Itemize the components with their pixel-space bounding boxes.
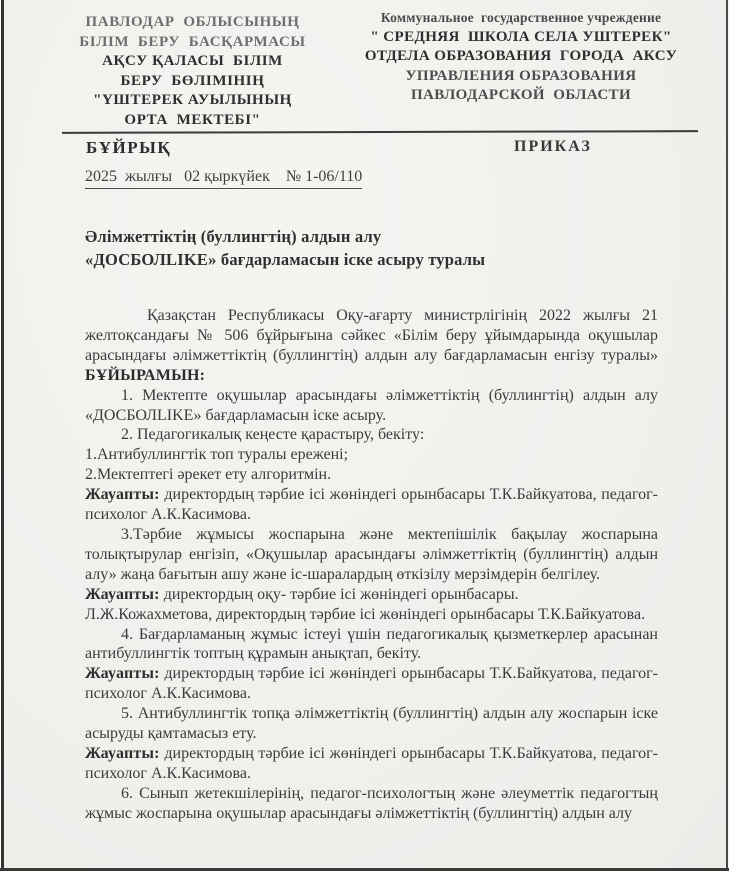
body-paragraph: 1.Антибуллингтік топ туралы ережені; — [85, 445, 658, 465]
body-paragraph: Жауапты: директордың тәрбие ісі жөніндег… — [85, 664, 658, 704]
org-name-line: АҚСУ ҚАЛАСЫ БІЛІМ — [50, 52, 335, 72]
order-subject: Әлімжеттіктің (буллингтің) алдын алу «ДО… — [85, 226, 485, 271]
body-paragraph: Жауапты: директордың тәрбие ісі жөніндег… — [85, 744, 658, 784]
bold-text-run: Жауапты: — [85, 486, 160, 503]
org-name-line: БІЛІМ БЕРУ БАСҚАРМАСЫ — [50, 33, 335, 53]
org-name-line: УПРАВЛЕНИЯ ОБРАЗОВАНИЯ — [335, 67, 707, 87]
doc-type-russian: ПРИКАЗ — [514, 138, 592, 156]
body-paragraph: 5. Антибуллингтік топқа әлімжеттіктің (б… — [85, 704, 658, 744]
text-run: 2.Мектептегі әрекет ету алгоритмін. — [85, 466, 331, 483]
text-run: директордың тәрбие ісі жөніндегі орынбас… — [85, 665, 658, 702]
order-date-number: 2025 жылғы 02 қыркүйек № 1-06/110 — [85, 168, 362, 189]
text-run: 3.Тәрбие жұмысы жоспарына және мектепіші… — [85, 526, 658, 583]
body-paragraph: Қазақстан Республикасы Оқу-ағарту минист… — [85, 306, 658, 386]
text-run: директордың тәрбие ісі жөніндегі орынбас… — [85, 745, 658, 782]
subject-line-2: «ДОСБОЛLIKE» бағдарламасын іске асыру ту… — [85, 249, 485, 272]
text-run: 1. Мектепте оқушылар арасындағы әлімжетт… — [85, 387, 658, 424]
org-name-line: БЕРУ БӨЛІМІНІҢ — [50, 72, 335, 92]
body-paragraph: Жауапты: директордың тәрбие ісі жөніндег… — [85, 485, 658, 525]
text-run: 2. Педагогикалық кеңесте қарастыру, бекі… — [121, 426, 424, 443]
org-name-russian: Коммунальное государственное учреждение"… — [335, 8, 707, 130]
org-name-line: ОТДЕЛА ОБРАЗОВАНИЯ ГОРОДА АКСУ — [335, 47, 707, 67]
org-name-line: ПАВЛОДАРСКОЙ ОБЛАСТИ — [335, 86, 707, 106]
org-name-line: Коммунальное государственное учреждение — [335, 8, 707, 28]
text-run: директордың оқу- тәрбие ісі жөніндегі ор… — [160, 586, 519, 603]
body-paragraph: 3.Тәрбие жұмысы жоспарына және мектепіші… — [85, 525, 658, 585]
doc-type-kazakh: БҰЙРЫҚ — [86, 138, 171, 158]
bold-text-run: Жауапты: — [85, 665, 160, 682]
body-paragraph: 2.Мектептегі әрекет ету алгоритмін. — [85, 465, 658, 485]
letterhead: ПАВЛОДАР ОБЛЫСЫНЫҢБІЛІМ БЕРУ БАСҚАРМАСЫА… — [50, 8, 707, 130]
body-paragraph: 1. Мектепте оқушылар арасындағы әлімжетт… — [85, 386, 658, 426]
header-divider — [62, 130, 698, 134]
bold-text-run: Жауапты: — [85, 586, 160, 603]
org-name-line: " СРЕДНЯЯ ШКОЛА СЕЛА УШТЕРЕК" — [335, 28, 707, 48]
org-name-line: ОРТА МЕКТЕБІ" — [50, 111, 335, 131]
text-run: директордың тәрбие ісі жөніндегі орынбас… — [85, 486, 658, 523]
org-name-line: ПАВЛОДАР ОБЛЫСЫНЫҢ — [50, 13, 335, 33]
body-paragraph: 2. Педагогикалық кеңесте қарастыру, бекі… — [85, 425, 658, 445]
order-body: Қазақстан Республикасы Оқу-ағарту минист… — [85, 306, 658, 824]
bold-text-run: Жауапты: — [85, 745, 160, 762]
text-run: 5. Антибуллингтік топқа әлімжеттіктің (б… — [85, 705, 658, 742]
subject-line-1: Әлімжеттіктің (буллингтің) алдын алу — [85, 226, 485, 249]
body-paragraph: Л.Ж.Кожахметова, директордың тәрбие ісі … — [85, 605, 658, 625]
text-run: 1.Антибуллингтік топ туралы ережені; — [85, 446, 348, 463]
text-run: 4. Бағдарламаның жұмыс істеуі үшін педаг… — [85, 626, 658, 663]
text-run: Л.Ж.Кожахметова, директордың тәрбие ісі … — [85, 606, 645, 623]
org-name-kazakh: ПАВЛОДАР ОБЛЫСЫНЫҢБІЛІМ БЕРУ БАСҚАРМАСЫА… — [50, 8, 335, 130]
scan-edge-left — [0, 0, 4, 871]
org-name-line: "ҮШТЕРЕК АУЫЛЫНЫҢ — [50, 91, 335, 111]
body-paragraph: 6. Сынып жетекшілерінің, педагог-психоло… — [85, 784, 658, 824]
body-paragraph: 4. Бағдарламаның жұмыс істеуі үшін педаг… — [85, 625, 658, 665]
text-run: 6. Сынып жетекшілерінің, педагог-психоло… — [85, 785, 658, 822]
body-paragraph: Жауапты: директордың оқу- тәрбие ісі жөн… — [85, 585, 658, 605]
bold-text-run: БҰЙЫРАМЫН: — [85, 367, 205, 384]
text-run: Қазақстан Республикасы Оқу-ағарту минист… — [85, 307, 658, 364]
scanned-order-document: ПАВЛОДАР ОБЛЫСЫНЫҢБІЛІМ БЕРУ БАСҚАРМАСЫА… — [0, 0, 729, 871]
